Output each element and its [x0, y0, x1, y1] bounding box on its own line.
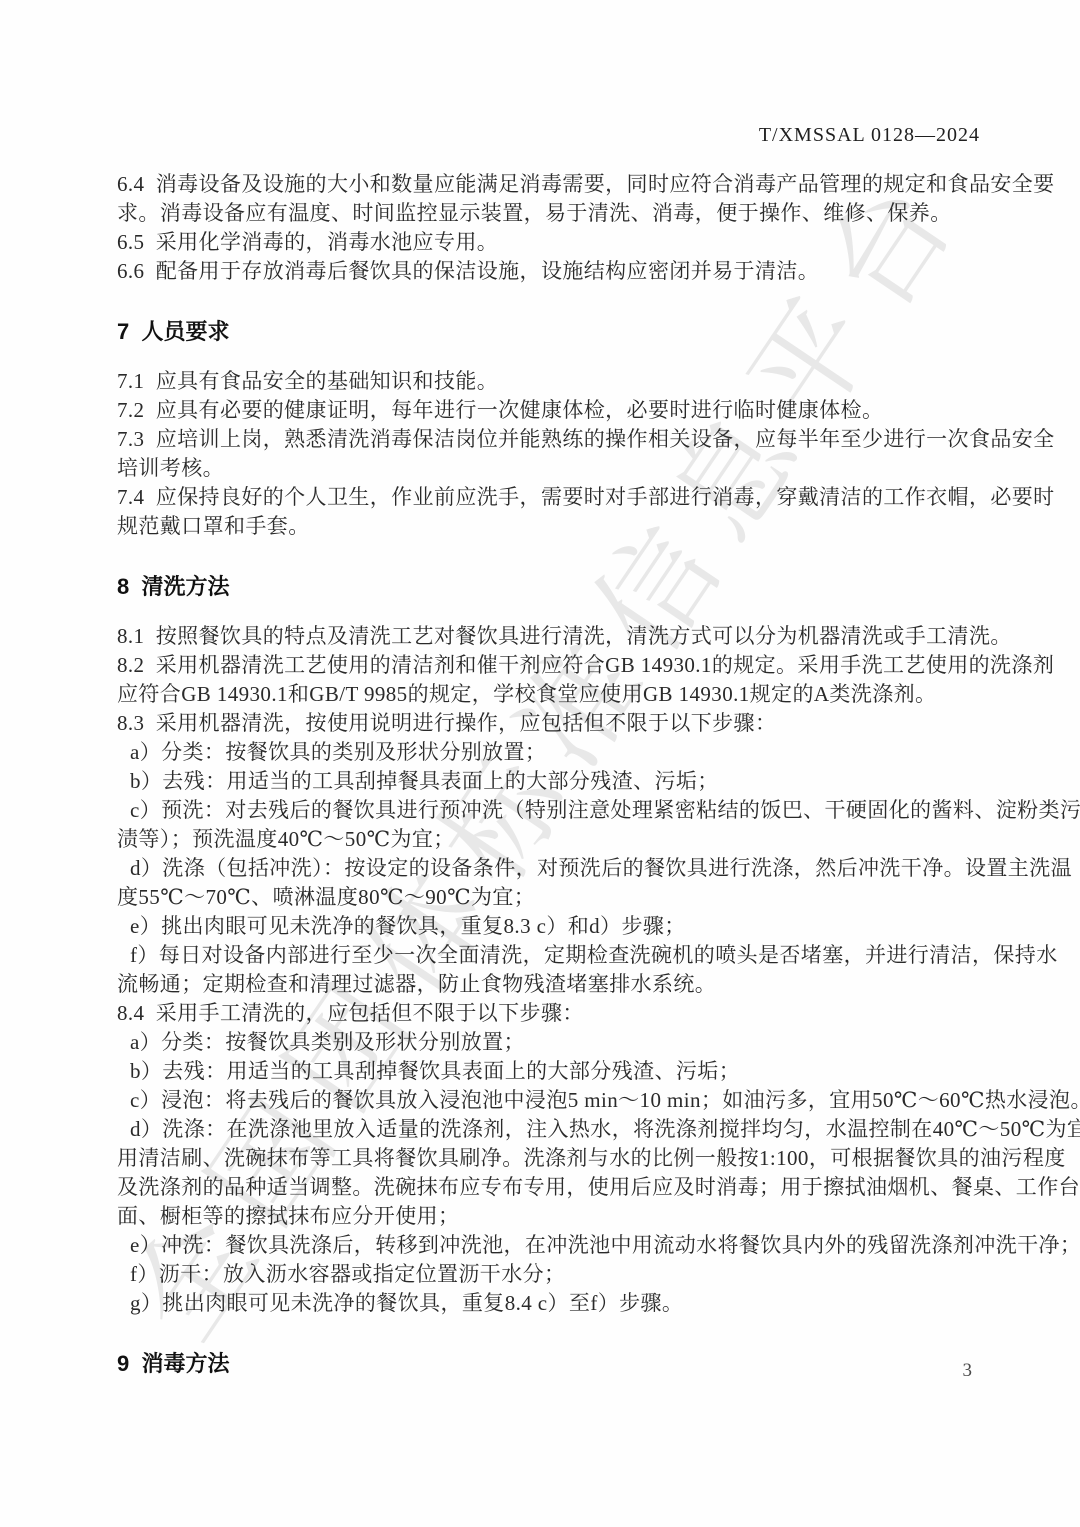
standard-header: T/XMSSAL 0128—2024 [117, 122, 980, 148]
page-number: 3 [963, 1360, 973, 1382]
text-line: f）每日对设备内部进行至少一次全面清洗，定期检查洗碗机的喷头是否堵塞，并进行清洁… [117, 941, 992, 970]
text-line: 6.5 采用化学消毒的，消毒水池应专用。 [117, 228, 992, 257]
text-line: 度55℃～70℃、喷淋温度80℃～90℃为宜； [117, 883, 992, 912]
text-line: b）去残：用适当的工具刮掉餐具表面上的大部分残渣、污垢； [117, 767, 992, 796]
text-line: 6.6 配备用于存放消毒后餐饮具的保洁设施，设施结构应密闭并易于清洁。 [117, 257, 992, 286]
text-line: 及洗涤剂的品种适当调整。洗碗抹布应专布专用，使用后应及时消毒；用于擦拭油烟机、餐… [117, 1173, 992, 1202]
document-page: 全国团体标准信息平台 T/XMSSAL 0128—2024 6.4 消毒设备及设… [0, 0, 1080, 1527]
text-line: 7.2 应具有必要的健康证明，每年进行一次健康体检，必要时进行临时健康体检。 [117, 396, 992, 425]
text-line: 流畅通；定期检查和清理过滤器，防止食物残渣堵塞排水系统。 [117, 970, 992, 999]
text-line: 7.3 应培训上岗，熟悉清洗消毒保洁岗位并能熟练的操作相关设备，应每半年至少进行… [117, 425, 992, 454]
text-line: a）分类：按餐饮具的类别及形状分别放置； [117, 738, 992, 767]
text-line: e）冲洗：餐饮具洗涤后，转移到冲洗池，在冲洗池中用流动水将餐饮具内外的残留洗涤剂… [117, 1231, 992, 1260]
text-line: g）挑出肉眼可见未洗净的餐饮具，重复8.4 c）至f）步骤。 [117, 1289, 992, 1318]
paragraph: 6.4 消毒设备及设施的大小和数量应能满足消毒需要，同时应符合消毒产品管理的规定… [117, 170, 992, 286]
text-line: 8.2 采用机器清洗工艺使用的清洁剂和催干剂应符合GB 14930.1的规定。采… [117, 651, 992, 680]
text-line: d）洗涤（包括冲洗）：按设定的设备条件，对预洗后的餐饮具进行洗涤，然后冲洗干净。… [117, 854, 992, 883]
text-line: 求。消毒设备应有温度、时间监控显示装置，易于清洗、消毒，便于操作、维修、保养。 [117, 199, 992, 228]
section-heading: 7 人员要求 [117, 317, 992, 347]
text-line: 8.3 采用机器清洗，按使用说明进行操作，应包括但不限于以下步骤： [117, 709, 992, 738]
text-line: f）沥干：放入沥水容器或指定位置沥干水分； [117, 1260, 992, 1289]
text-line: c）浸泡：将去残后的餐饮具放入浸泡池中浸泡5 min～10 min；如油污多，宜… [117, 1086, 992, 1115]
paragraph: 7.1 应具有食品安全的基础知识和技能。7.2 应具有必要的健康证明，每年进行一… [117, 367, 992, 541]
section-heading: 9 消毒方法 [117, 1349, 992, 1379]
text-line: 7.4 应保持良好的个人卫生，作业前应洗手，需要时对手部进行消毒，穿戴清洁的工作… [117, 483, 992, 512]
text-line: 7.1 应具有食品安全的基础知识和技能。 [117, 367, 992, 396]
text-line: 培训考核。 [117, 454, 992, 483]
text-line: 6.4 消毒设备及设施的大小和数量应能满足消毒需要，同时应符合消毒产品管理的规定… [117, 170, 992, 199]
text-line: d）洗涤：在洗涤池里放入适量的洗涤剂，注入热水，将洗涤剂搅拌均匀，水温控制在40… [117, 1115, 992, 1144]
section-heading: 8 清洗方法 [117, 572, 992, 602]
document-body: 6.4 消毒设备及设施的大小和数量应能满足消毒需要，同时应符合消毒产品管理的规定… [117, 170, 992, 1379]
text-line: 规范戴口罩和手套。 [117, 512, 992, 541]
text-line: 用清洁刷、洗碗抹布等工具将餐饮具刷净。洗涤剂与水的比例一般按1:100，可根据餐… [117, 1144, 992, 1173]
text-line: e）挑出肉眼可见未洗净的餐饮具，重复8.3 c）和d）步骤； [117, 912, 992, 941]
paragraph: 8.1 按照餐饮具的特点及清洗工艺对餐饮具进行清洗，清洗方式可以分为机器清洗或手… [117, 622, 992, 1318]
text-line: a）分类：按餐饮具类别及形状分别放置； [117, 1028, 992, 1057]
text-line: 渍等）；预洗温度40℃～50℃为宜； [117, 825, 992, 854]
text-line: 8.1 按照餐饮具的特点及清洗工艺对餐饮具进行清洗，清洗方式可以分为机器清洗或手… [117, 622, 992, 651]
text-line: 8.4 采用手工清洗的，应包括但不限于以下步骤： [117, 999, 992, 1028]
text-line: 面、橱柜等的擦拭抹布应分开使用； [117, 1202, 992, 1231]
text-line: c）预洗：对去残后的餐饮具进行预冲洗（特别注意处理紧密粘结的饭巴、干硬固化的酱料… [117, 796, 992, 825]
text-line: b）去残：用适当的工具刮掉餐饮具表面上的大部分残渣、污垢； [117, 1057, 992, 1086]
text-line: 应符合GB 14930.1和GB/T 9985的规定，学校食堂应使用GB 149… [117, 680, 992, 709]
